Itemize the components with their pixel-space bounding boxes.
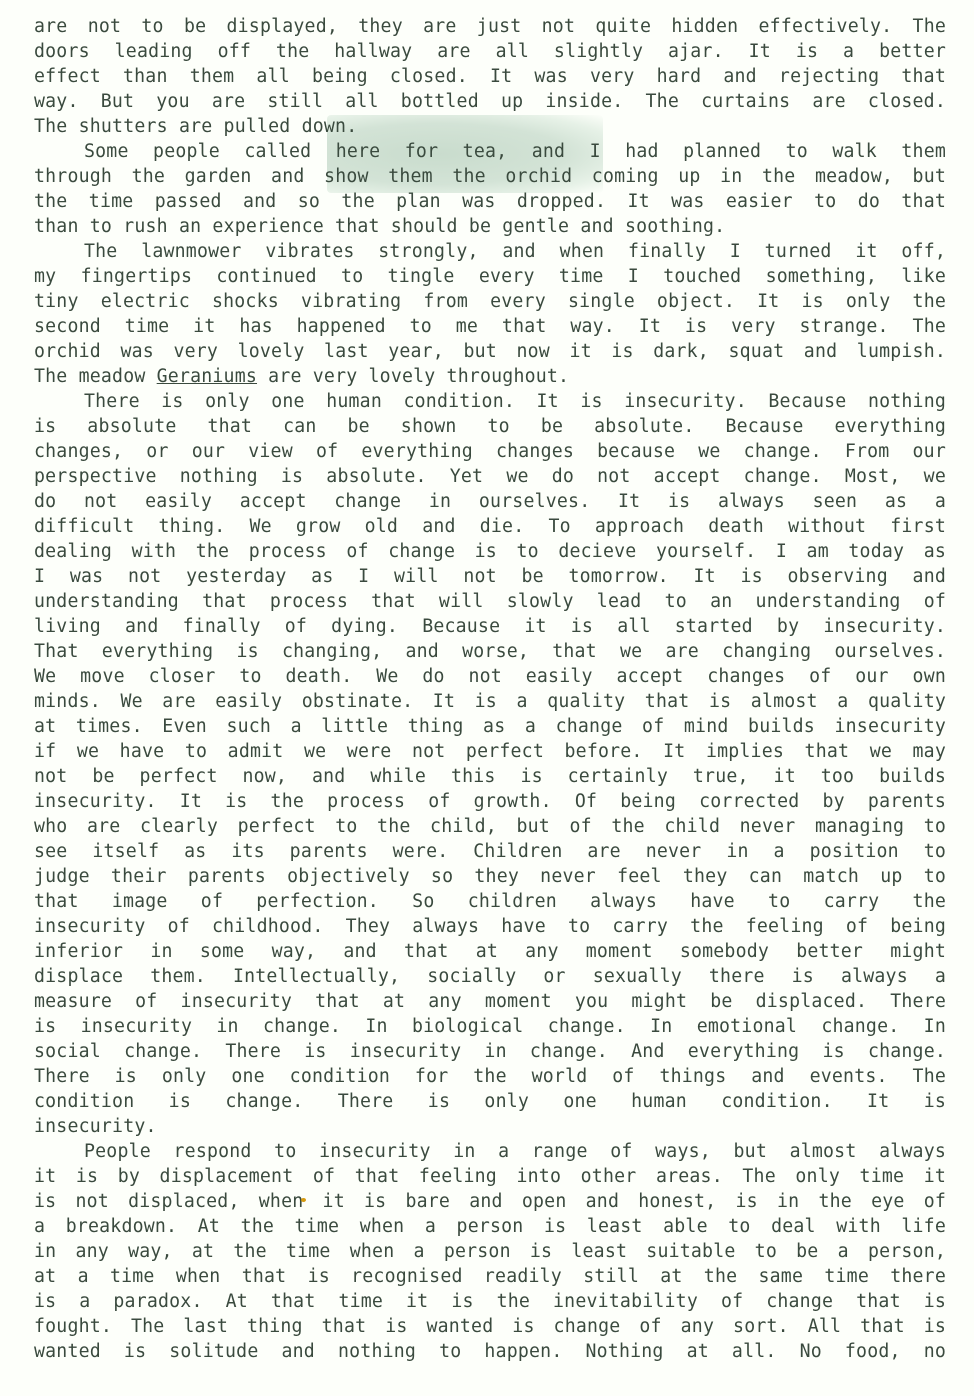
text-line: is not displaced, when it is bare and op…	[34, 1189, 946, 1214]
text-line: People respond to insecurity in a range …	[34, 1139, 946, 1164]
text-line: orchid was very lovely last year, but no…	[34, 339, 946, 364]
text-line: doors leading off the hallway are all sl…	[34, 39, 946, 64]
text-line: difficult thing. We grow old and die. To…	[34, 514, 946, 539]
text-line: There is only one condition for the worl…	[34, 1064, 946, 1089]
text-line: insecurity.	[34, 1114, 946, 1139]
text-line: the time passed and so the plan was drop…	[34, 189, 946, 214]
text-line: if we have to admit we were not perfect …	[34, 739, 946, 764]
text-line: who are clearly perfect to the child, bu…	[34, 814, 946, 839]
text-line: do not easily accept change in ourselves…	[34, 489, 946, 514]
text-line: that image of perfection. So children al…	[34, 889, 946, 914]
ink-speck	[301, 1198, 306, 1202]
text-line: The shutters are pulled down.	[34, 114, 946, 139]
text-line: see itself as its parents were. Children…	[34, 839, 946, 864]
text-line: is a paradox. At that time it is the ine…	[34, 1289, 946, 1314]
text-line: There is only one human condition. It is…	[34, 389, 946, 414]
text-line: The lawnmower vibrates strongly, and whe…	[34, 239, 946, 264]
text-line: second time it has happened to me that w…	[34, 314, 946, 339]
text-line: living and finally of dying. Because it …	[34, 614, 946, 639]
text-line: at a time when that is recognised readil…	[34, 1264, 946, 1289]
text-line: is absolute that can be shown to be abso…	[34, 414, 946, 439]
text-line: changes, or our view of everything chang…	[34, 439, 946, 464]
text-line: tiny electric shocks vibrating from ever…	[34, 289, 946, 314]
text-line: dealing with the process of change is to…	[34, 539, 946, 564]
text-line: That everything is changing, and worse, …	[34, 639, 946, 664]
text-line: a breakdown. At the time when a person i…	[34, 1214, 946, 1239]
underlined-word: Geraniums	[157, 366, 257, 387]
text-line: in any way, at the time when a person is…	[34, 1239, 946, 1264]
text-line: The meadow Geraniums are very lovely thr…	[34, 364, 946, 389]
text-line: I was not yesterday as I will not be tom…	[34, 564, 946, 589]
text-line: my fingertips continued to tingle every …	[34, 264, 946, 289]
text-line: are not to be displayed, they are just n…	[34, 14, 946, 39]
text-line: insecurity of childhood. They always hav…	[34, 914, 946, 939]
text-line: it is by displacement of that feeling in…	[34, 1164, 946, 1189]
typed-document-page: are not to be displayed, they are just n…	[34, 14, 946, 1364]
text-line: than to rush an experience that should b…	[34, 214, 946, 239]
text-line: minds. We are easily obstinate. It is a …	[34, 689, 946, 714]
text-line: at times. Even such a little thing as a …	[34, 714, 946, 739]
text-line: way. But you are still all bottled up in…	[34, 89, 946, 114]
text-line: wanted is solitude and nothing to happen…	[34, 1339, 946, 1364]
text-line: condition is change. There is only one h…	[34, 1089, 946, 1114]
text-line: inferior in some way, and that at any mo…	[34, 939, 946, 964]
text-line: effect than them all being closed. It wa…	[34, 64, 946, 89]
text-line: judge their parents objectively so they …	[34, 864, 946, 889]
text-line: Some people called here for tea, and I h…	[34, 139, 946, 164]
text-line: social change. There is insecurity in ch…	[34, 1039, 946, 1064]
text-line: fought. The last thing that is wanted is…	[34, 1314, 946, 1339]
text-line: not be perfect now, and while this is ce…	[34, 764, 946, 789]
text-line: through the garden and show them the orc…	[34, 164, 946, 189]
text-line: displace them. Intellectually, socially …	[34, 964, 946, 989]
text-line: perspective nothing is absolute. Yet we …	[34, 464, 946, 489]
text-line: measure of insecurity that at any moment…	[34, 989, 946, 1014]
text-line: is insecurity in change. In biological c…	[34, 1014, 946, 1039]
text-line: insecurity. It is the process of growth.…	[34, 789, 946, 814]
text-line: understanding that process that will slo…	[34, 589, 946, 614]
text-line: We move closer to death. We do not easil…	[34, 664, 946, 689]
